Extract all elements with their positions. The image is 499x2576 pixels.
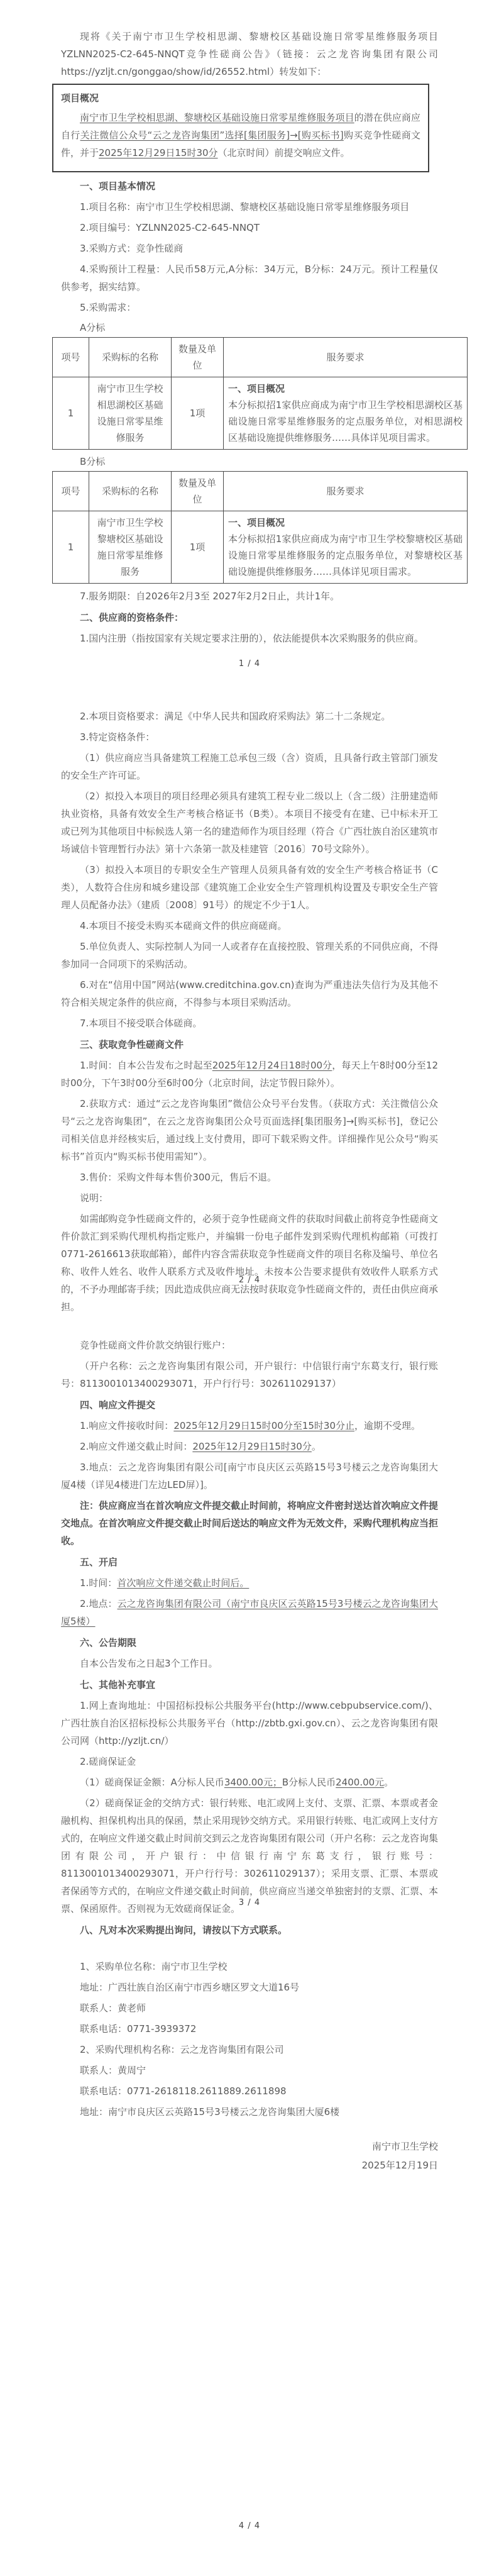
qualification-item-1: 1.国内注册（指按国家有关规定要求注册的），依法能提供本次采购服务的供应商。 <box>61 630 438 647</box>
announcement-period: 自本公告发布之日起3个工作日。 <box>61 1655 438 1672</box>
submission-note: 注：供应商应当在首次响应文件提交截止时间前，将响应文件密封送达首次响应文件提交地… <box>61 1497 438 1550</box>
response-receive-time: 1.响应文件接收时间：2025年12月29日15时00分至15时30分止，逾期不… <box>61 1417 438 1435</box>
document-price: 3.售价：采购文件每本售价300元，售后不退。 <box>61 1169 438 1186</box>
qualification-item-3-1: （1）供应商应当具备建筑工程施工总承包三级（含）资质，且具备行政主管部门颁发的安… <box>61 749 438 784</box>
section-5-heading: 五、开启 <box>61 1553 438 1571</box>
obtain-deadline: 2025年12月24日18时00分 <box>212 1060 332 1071</box>
page-2: 2.本项目资格要求：满足《中华人民共和国政府采购法》第二十二条规定。 3.特定资… <box>0 682 499 1299</box>
header-quantity-unit: 数量及单位 <box>172 472 224 511</box>
page-3: 竞争性磋商文件价款交纳银行账户： （开户名称：云之龙咨询集团有限公司，开户银行：… <box>0 1299 499 1921</box>
lot-b-quantity: 1项 <box>172 511 224 584</box>
document-obtain-method: 2.获取方式：通过“云之龙咨询集团”微信公众号平台发售。（获取方式：关注微信公众… <box>61 1095 438 1165</box>
service-period-item: 7.服务期限：自2026年2月3至 2027年2月2日止，共计1年。 <box>61 587 438 605</box>
header-quantity-unit: 数量及单位 <box>172 338 224 377</box>
deposit-amount-b: 2400.00元 <box>336 1777 384 1788</box>
header-subject-name: 采购标的名称 <box>89 338 172 377</box>
overview-deadline: 2025年12月29日15时30分 <box>99 147 218 158</box>
lot-a-label: A分标 <box>61 319 438 336</box>
lot-a-subject-name: 南宁市卫生学校相思湖校区基础设施日常零星维修服务 <box>89 377 172 450</box>
online-query-addresses: 1.网上查询地址：中国招标投标公共服务平台(http://www.cebpubs… <box>61 1697 438 1750</box>
table-header-row: 项号 采购标的名称 数量及单位 服务要求 <box>53 472 468 511</box>
opening-location: 2.地点：云之龙咨询集团有限公司（南宁市良庆区云英路15号3号楼云之龙咨询集团大… <box>61 1595 438 1630</box>
table-header-row: 项号 采购标的名称 数量及单位 服务要求 <box>53 338 468 377</box>
overview-box-title: 项目概况 <box>61 90 420 106</box>
lot-a-requirements: 一、项目概况 本分标拟招1家供应商成为南宁市卫生学校相思湖校区基础设施日常零星维… <box>224 377 468 450</box>
qualification-item-3-3: （3）拟投入本项目的专职安全生产管理人员须具备有效的安全生产考核合格证书（C类）… <box>61 861 438 914</box>
bank-account-intro: 竞争性磋商文件价款交纳银行账户： <box>61 1336 438 1354</box>
project-number-item: 2.项目编号：YZLNN2025-C2-645-NNQT <box>61 219 438 236</box>
qualification-item-5: 5.单位负责人、实际控制人为同一人或者存在直接控股、管理关系的不同供应商，不得参… <box>61 938 438 973</box>
section-7-heading: 七、其他补充事宜 <box>61 1676 438 1694</box>
bank-account-detail: （开户名称：云之龙咨询集团有限公司，开户银行：中信银行南宁东葛支行，银行账号：8… <box>61 1357 438 1392</box>
qualification-item-3-2: （2）拟投入本项目的项目经理必须具有建筑工程专业二级以上（含二级）注册建造师执业… <box>61 787 438 858</box>
lot-a-table: 项号 采购标的名称 数量及单位 服务要求 1 南宁市卫生学校相思湖校区基础设施日… <box>52 337 468 450</box>
agency-phone: 联系电话：0771-2618118.2611889.2611898 <box>61 2082 438 2100</box>
procurement-announcement-document: 现将《关于南宁市卫生学校相思湖、黎塘校区基础设施日常零星维修服务项目YZLNN2… <box>0 0 499 2576</box>
section-2-heading: 二、供应商的资格条件： <box>61 609 438 626</box>
lot-b-requirements: 一、项目概况 本分标拟招1家供应商成为南宁市卫生学校黎塘校区基础设施日常零星维修… <box>224 511 468 584</box>
deposit-amount-a: 3400.00元； <box>224 1777 282 1788</box>
qualification-item-2: 2.本项目资格要求：满足《中华人民共和国政府采购法》第二十二条规定。 <box>61 708 438 725</box>
opening-location-value: 云之龙咨询集团有限公司（南宁市良庆区云英路15号3号楼云之龙咨询集团大厦5楼） <box>61 1598 438 1627</box>
lot-b-req-body: 本分标拟招1家供应商成为南宁市卫生学校黎塘校区基础设施日常零星维修服务的定点服务… <box>228 531 463 580</box>
page-number: 4 / 4 <box>0 2521 499 2531</box>
overview-text-3: （北京时间）前提交响应文件。 <box>218 147 350 158</box>
page-4: 1、采购单位名称：南宁市卫生学校 地址：广西壮族自治区南宁市西乡塘区罗文大道16… <box>0 1921 499 2576</box>
deposit-heading: 2.磋商保证金 <box>61 1753 438 1770</box>
deadline-time: 2025年12月29日15时30分 <box>192 1441 312 1452</box>
page-1: 现将《关于南宁市卫生学校相思湖、黎塘校区基础设施日常零星维修服务项目YZLNN2… <box>0 0 499 682</box>
lot-b-subject-name: 南宁市卫生学校黎塘校区基础设施日常零星维修服务 <box>89 511 172 584</box>
project-name-item: 1.项目名称：南宁市卫生学校相思湖、黎塘校区基础设施日常零星维修服务项目 <box>61 198 438 216</box>
lot-b-item-no: 1 <box>53 511 89 584</box>
purchaser-name: 1、采购单位名称：南宁市卫生学校 <box>61 1958 438 1975</box>
qualification-item-7: 7.本项目不接受联合体磋商。 <box>61 1014 438 1032</box>
lot-a-quantity: 1项 <box>172 377 224 450</box>
qualification-item-3: 3.特定资格条件： <box>61 728 438 746</box>
section-3-heading: 三、获取竞争性磋商文件 <box>61 1036 438 1053</box>
lot-a-req-title: 一、项目概况 <box>228 380 463 397</box>
section-6-heading: 六、公告期限 <box>61 1634 438 1652</box>
overview-wechat-instruction: 关注微信公众号“云之龙咨询集团”选择[集团服务]→[购买标书] <box>80 130 344 141</box>
lot-a-row: 1 南宁市卫生学校相思湖校区基础设施日常零星维修服务 1项 一、项目概况 本分标… <box>53 377 468 450</box>
purchaser-phone: 联系电话：0771-3939372 <box>61 2020 438 2038</box>
qualification-item-6: 6.对在“信用中国”网站(www.creditchina.gov.cn)查询为严… <box>61 976 438 1011</box>
lot-b-row: 1 南宁市卫生学校黎塘校区基础设施日常零星维修服务 1项 一、项目概况 本分标拟… <box>53 511 468 584</box>
opening-time: 1.时间：首次响应文件递交截止时间后。 <box>61 1574 438 1592</box>
qualification-item-4: 4.本项目不接受未购买本磋商文件的供应商磋商。 <box>61 917 438 935</box>
header-item-no: 项号 <box>53 338 89 377</box>
procurement-demand-item: 5.采购需求： <box>61 299 438 316</box>
intro-paragraph: 现将《关于南宁市卫生学校相思湖、黎塘校区基础设施日常零星维修服务项目YZLNN2… <box>61 28 438 80</box>
page-number: 1 / 4 <box>0 659 499 669</box>
header-item-no: 项号 <box>53 472 89 511</box>
note-label: 说明： <box>61 1189 438 1207</box>
agency-address: 地址：南宁市良庆区云英路15号3号楼云之龙咨询集团大厦6楼 <box>61 2103 438 2121</box>
lot-a-item-no: 1 <box>53 377 89 450</box>
receive-time-range: 2025年12月29日15时00分至15时30分止 <box>173 1420 354 1431</box>
procurement-method-item: 3.采购方式：竞争性磋商 <box>61 240 438 257</box>
project-overview-box: 项目概况 南宁市卫生学校相思湖、黎塘校区基础设施日常零星维修服务项目的潜在供应商… <box>52 84 429 172</box>
agency-contact: 联系人：黄周宁 <box>61 2062 438 2079</box>
section-1-heading: 一、项目基本情况 <box>61 177 438 195</box>
page-number: 2 / 4 <box>0 1275 499 1285</box>
purchaser-address: 地址：广西壮族自治区南宁市西乡塘区罗文大道16号 <box>61 1979 438 1996</box>
deposit-amount: （1）磋商保证金额：A分标人民币3400.00元；B分标人民币2400.00元。 <box>61 1774 438 1791</box>
signature-date: 2025年12月19日 <box>61 2156 438 2175</box>
header-service-requirements: 服务要求 <box>224 338 468 377</box>
lot-b-label: B分标 <box>61 453 438 470</box>
lot-b-req-title: 一、项目概况 <box>228 514 463 531</box>
lot-a-req-body: 本分标拟招1家供应商成为南宁市卫生学校相思湖校区基础设施日常零星维修服务的定点服… <box>228 397 463 446</box>
response-deadline: 2.响应文件递交截止时间：2025年12月29日15时30分。 <box>61 1438 438 1455</box>
document-obtain-time: 1.时间：自本公告发布之时起至2025年12月24日18时00分，每天上午8时0… <box>61 1057 438 1092</box>
page-number: 3 / 4 <box>0 1898 499 1907</box>
opening-time-value: 首次响应文件递交截止时间后。 <box>117 1577 249 1589</box>
lot-b-table: 项号 采购标的名称 数量及单位 服务要求 1 南宁市卫生学校黎塘校区基础设施日常… <box>52 471 468 584</box>
overview-project-name: 南宁市卫生学校相思湖、黎塘校区基础设施日常零星维修服务项目 <box>80 112 354 123</box>
purchaser-contact: 联系人：黄老师 <box>61 1999 438 2017</box>
estimated-budget-item: 4.采购预计工程量：人民币58万元,A分标：34万元，B分标：24万元。预计工程… <box>61 260 438 296</box>
submission-location: 3.地点：云之龙咨询集团有限公司[南宁市良庆区云英路15号3号楼云之龙咨询集团大… <box>61 1458 438 1494</box>
header-service-requirements: 服务要求 <box>224 472 468 511</box>
overview-box-body: 南宁市卫生学校相思湖、黎塘校区基础设施日常零星维修服务项目的潜在供应商应自行关注… <box>61 109 420 162</box>
section-4-heading: 四、响应文件提交 <box>61 1396 438 1414</box>
signature-org: 南宁市卫生学校 <box>61 2137 438 2156</box>
agency-name: 2、采购代理机构名称：云之龙咨询集团有限公司 <box>61 2041 438 2058</box>
header-subject-name: 采购标的名称 <box>89 472 172 511</box>
signature-block: 南宁市卫生学校 2025年12月19日 <box>61 2137 438 2175</box>
